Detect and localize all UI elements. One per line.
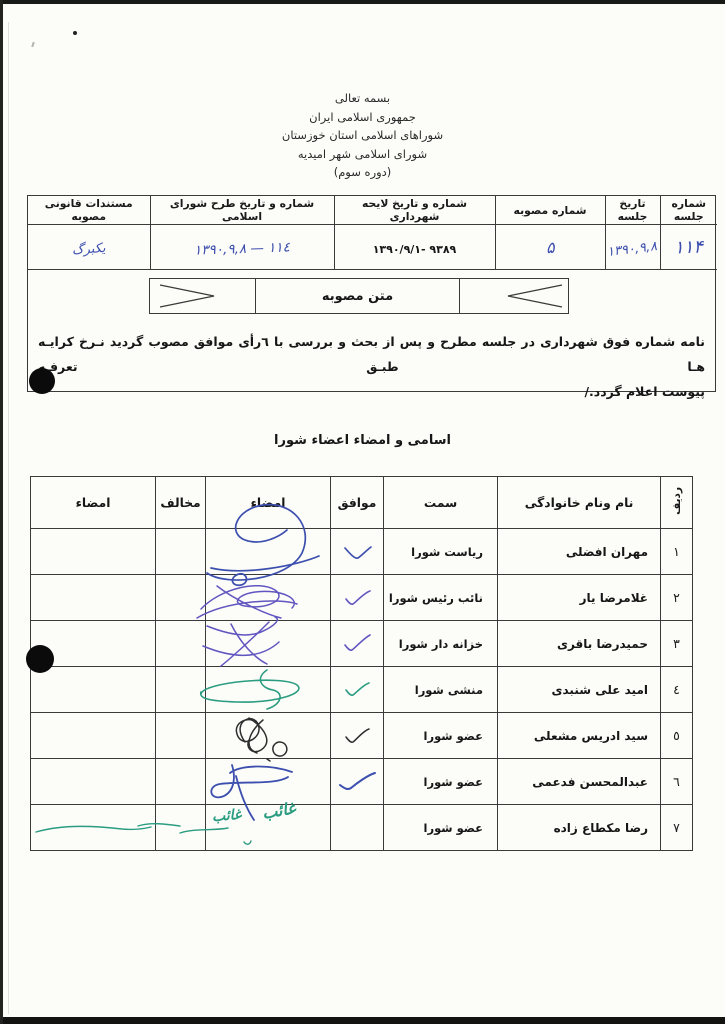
session-date-value: ۱۳۹۰,۹,۸ xyxy=(607,238,659,259)
header-session-date: تاریخ جلسه xyxy=(605,196,660,225)
signature-cell xyxy=(206,713,331,759)
scan-speck xyxy=(31,42,35,47)
legal-docs-cell: یکبرگ xyxy=(28,225,150,270)
oppose-cell xyxy=(156,759,206,805)
member-name: حمیدرضا باقری xyxy=(498,621,661,667)
vote-check-icon xyxy=(342,589,372,608)
plan-no-date-cell: ۱۳۹۰,۹,۸ — ۱۱٤ xyxy=(150,225,334,270)
resolution-no-value: ۵ xyxy=(545,237,555,256)
member-name: عبدالمحسن فدعمی xyxy=(498,759,661,805)
oppose-cell xyxy=(156,621,206,667)
signature-cell-2 xyxy=(31,759,156,805)
letterhead-province-councils: شوراهای اسلامی استان خوزستان xyxy=(0,126,725,145)
col-header-oppose: مخالف xyxy=(156,477,206,529)
member-name: امید علی شنبدی xyxy=(498,667,661,713)
bill-no-date-cell: ۱۳۹۰/۹/۱- ۹۳۸۹ xyxy=(334,225,495,270)
member-row: ۱ مهران افضلی ریاست شورا xyxy=(31,529,693,575)
letterhead-republic: جمهوری اسلامی ایران xyxy=(0,108,725,127)
member-row-no: ۱ xyxy=(661,529,693,575)
oppose-cell xyxy=(156,805,206,851)
vote-cell xyxy=(331,529,384,575)
signature-cell-2 xyxy=(31,575,156,621)
session-no-cell: ۱۱۴ xyxy=(660,225,717,270)
col-header-name: نام ونام خانوادگی xyxy=(498,477,661,529)
member-row-no: ۷ xyxy=(661,805,693,851)
header-resolution-no: شماره مصوبه xyxy=(495,196,605,225)
resolution-body: نامه شماره فوق شهرداری در جلسه مطرح و پس… xyxy=(38,329,705,404)
scan-edge-top xyxy=(0,0,725,4)
vote-cell xyxy=(331,621,384,667)
member-row: ۲ غلامرضا یار نائب رئیس شورا xyxy=(31,575,693,621)
vote-check-icon xyxy=(343,681,371,699)
vote-cell xyxy=(331,667,384,713)
signature-cell-2 xyxy=(31,529,156,575)
vote-cell xyxy=(331,759,384,805)
member-row: ٤ امید علی شنبدی منشی شورا xyxy=(31,667,693,713)
member-row-no: ۳ xyxy=(661,621,693,667)
resolution-info-box: شماره جلسه تاریخ جلسه شماره مصوبه شماره … xyxy=(27,195,716,392)
scanned-document-page: بسمه تعالی جمهوری اسلامی ایران شوراهای ا… xyxy=(0,0,725,1024)
signature-cell xyxy=(206,805,331,851)
member-role: ریاست شورا xyxy=(384,529,498,575)
member-row-no: ٤ xyxy=(661,667,693,713)
legal-docs-value: یکبرگ xyxy=(72,240,106,257)
signature-cell-2 xyxy=(31,713,156,759)
signature-cell-2 xyxy=(31,805,156,851)
member-name: مهران افضلی xyxy=(498,529,661,575)
vote-check-icon xyxy=(342,633,372,654)
member-role: عضو شورا xyxy=(384,759,498,805)
banner-left-chevron-icon xyxy=(150,279,255,313)
session-date-cell: ۱۳۹۰,۹,۸ xyxy=(605,225,660,270)
member-role: منشی شورا xyxy=(384,667,498,713)
vote-cell xyxy=(331,713,384,759)
resolution-text-line: نامه شماره فوق شهرداری در جلسه مطرح و پس… xyxy=(38,329,705,379)
signature-cell xyxy=(206,621,331,667)
session-no-value: ۱۱۴ xyxy=(674,236,704,258)
header-legal-docs: مستندات قانونی مصوبه xyxy=(28,196,150,225)
member-row-no: ٥ xyxy=(661,713,693,759)
member-role: خزانه دار شورا xyxy=(384,621,498,667)
vote-check-icon xyxy=(341,543,373,562)
oppose-cell xyxy=(156,667,206,713)
punch-hole xyxy=(26,645,54,673)
members-signature-table-box: ردیف نام ونام خانوادگی سمت موافق امضاء م… xyxy=(30,476,692,850)
col-header-approve: موافق xyxy=(331,477,384,529)
members-section-title: اسامی و امضاء اعضاء شورا xyxy=(0,433,725,448)
banner-right-chevron-icon xyxy=(460,279,568,313)
letterhead-city-council: شورای اسلامی شهر امیدیه xyxy=(0,145,725,164)
oppose-cell xyxy=(156,575,206,621)
member-role: نائب رئیس شورا xyxy=(384,575,498,621)
resolution-text-banner: متن مصوبه xyxy=(149,278,569,314)
bill-no-date-value: ۱۳۹۰/۹/۱- ۹۳۸۹ xyxy=(373,243,457,256)
member-role: عضو شورا xyxy=(384,805,498,851)
plan-no-date-value: ۱۳۹۰,۹,۸ — ۱۱٤ xyxy=(194,239,290,258)
header-session-no: شماره جلسه xyxy=(660,196,717,225)
signature-cell xyxy=(206,575,331,621)
col-header-role: سمت xyxy=(384,477,498,529)
member-row: ۷ رضا مکطاع زاده عضو شورا xyxy=(31,805,693,851)
oppose-cell xyxy=(156,713,206,759)
vote-check-icon xyxy=(337,771,377,793)
vote-cell xyxy=(331,575,384,621)
signature-cell-2 xyxy=(31,667,156,713)
member-name: رضا مکطاع زاده xyxy=(498,805,661,851)
col-header-row-no: ردیف xyxy=(661,477,693,529)
header-bill-no-date: شماره و تاریخ لایحه شهرداری xyxy=(334,196,495,225)
header-plan-no-date: شماره و تاریخ طرح شورای اسلامی xyxy=(150,196,334,225)
member-row: ٥ سید ادریس مشعلی عضو شورا xyxy=(31,713,693,759)
member-row-no: ۲ xyxy=(661,575,693,621)
member-row-no: ٦ xyxy=(661,759,693,805)
scan-edge-bottom xyxy=(0,1017,725,1024)
oppose-cell xyxy=(156,529,206,575)
members-signature-table: ردیف نام ونام خانوادگی سمت موافق امضاء م… xyxy=(30,476,693,851)
signature-cell xyxy=(206,667,331,713)
letterhead-bismillah: بسمه تعالی xyxy=(0,89,725,108)
vote-check-icon xyxy=(343,727,371,745)
resolution-text-line: پیوست اعلام گردد./ xyxy=(38,379,705,404)
signature-cell xyxy=(206,759,331,805)
session-info-table: شماره جلسه تاریخ جلسه شماره مصوبه شماره … xyxy=(28,196,717,270)
member-name: سید ادریس مشعلی xyxy=(498,713,661,759)
signature-cell xyxy=(206,529,331,575)
member-role: عضو شورا xyxy=(384,713,498,759)
member-row: ٦ عبدالمحسن فدعمی عضو شورا xyxy=(31,759,693,805)
vote-cell xyxy=(331,805,384,851)
letterhead-term: (دوره سوم) xyxy=(0,163,725,182)
col-header-signature: امضاء xyxy=(206,477,331,529)
resolution-no-cell: ۵ xyxy=(495,225,605,270)
letterhead: بسمه تعالی جمهوری اسلامی ایران شوراهای ا… xyxy=(0,89,725,182)
punch-hole xyxy=(29,368,55,394)
banner-title: متن مصوبه xyxy=(255,279,460,313)
scan-speck xyxy=(73,31,77,35)
col-header-signature-2: امضاء xyxy=(31,477,156,529)
member-row: ۳ حمیدرضا باقری خزانه دار شورا xyxy=(31,621,693,667)
member-name: غلامرضا یار xyxy=(498,575,661,621)
